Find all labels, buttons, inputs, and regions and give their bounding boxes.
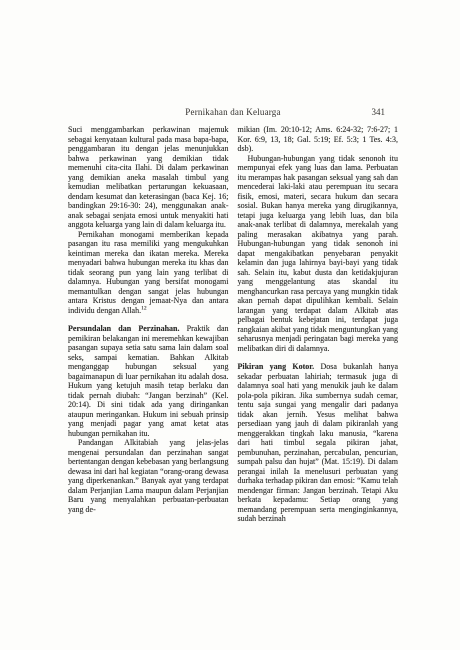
text-block: Suci menggambarkan perkawinan majemuk se… xyxy=(68,125,398,524)
body-paragraph: mikian (Im. 20:10-12; Ams. 6:24-32; 7:6-… xyxy=(238,125,399,154)
body-paragraph: Hubungan-hubungan yang tidak senonoh itu… xyxy=(238,154,399,354)
running-head-title: Pernikahan dan Keluarga xyxy=(68,106,398,118)
body-paragraph: Pandangan Alkitabiah yang jelas-jelas me… xyxy=(68,438,229,514)
footnote-reference: 12 xyxy=(141,305,147,311)
section-heading: Pikiran yang Kotor. xyxy=(238,362,321,371)
book-page: Pernikahan dan Keluarga 341 Suci menggam… xyxy=(0,0,460,650)
running-head: Pernikahan dan Keluarga 341 xyxy=(68,106,398,118)
page-number: 341 xyxy=(372,106,386,118)
section-heading: Persundalan dan Perzinahan. xyxy=(68,324,187,333)
body-paragraph: Pernikahan monogami memberikan kepada pa… xyxy=(68,230,229,316)
column-left: Suci menggambarkan perkawinan majemuk se… xyxy=(68,125,229,524)
section-paragraph: Pikiran yang Kotor. Dosa bukanlah hanya … xyxy=(238,362,399,524)
section-paragraph: Persundalan dan Perzinahan. Praktik dan … xyxy=(68,324,229,438)
column-right: mikian (Im. 20:10-12; Ams. 6:24-32; 7:6-… xyxy=(238,125,399,524)
body-paragraph: Suci menggambarkan perkawinan majemuk se… xyxy=(68,125,229,230)
